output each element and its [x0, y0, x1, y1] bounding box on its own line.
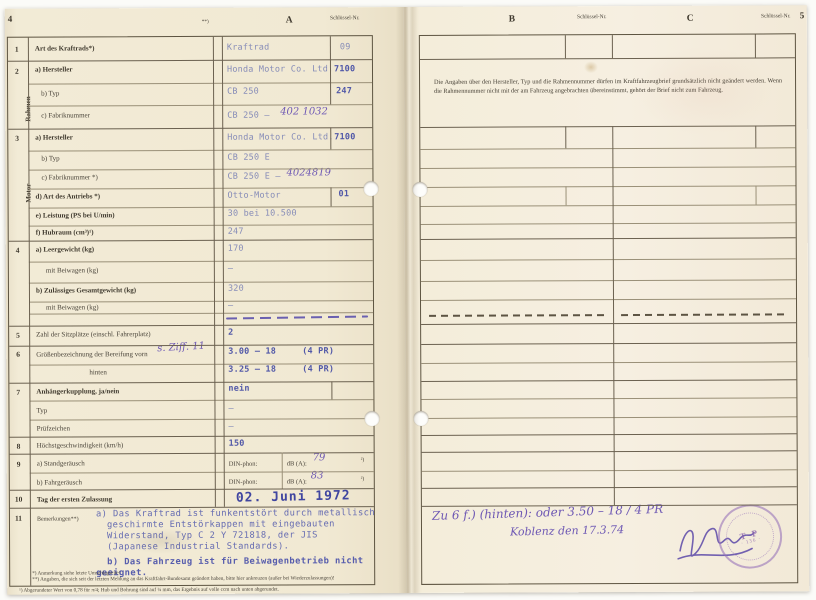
- field-label-pruefzeichen: Prüfzeichen: [37, 424, 70, 432]
- value-kupplung-typ: –: [228, 404, 233, 414]
- grid-line: [420, 125, 795, 128]
- field-label-bereifung-hinten: hinten: [89, 368, 107, 376]
- value-hoechstgeschwindigkeit: 150: [229, 439, 245, 449]
- grid-line: [29, 206, 373, 209]
- grid-line: [420, 147, 795, 150]
- field-label-hersteller: a) Hersteller: [35, 65, 73, 73]
- field-label-motor-typ: b) Typ: [41, 155, 59, 163]
- grid-line: [421, 322, 796, 325]
- left-form-table: 1 Art des Kraftrads*) Kraftrad 09 2 Rahm…: [7, 35, 375, 587]
- grid-line: [9, 239, 373, 242]
- value-rahmen-hersteller: Honda Motor Co. Ltd.: [227, 64, 333, 74]
- value-mit-beiwagen-1: –: [228, 264, 233, 274]
- field-label-bereifung-vorn: Größenbezeichnung der Bereifung vorn: [36, 350, 147, 358]
- grid-line: [612, 35, 613, 58]
- value-sitzplaetze: 2: [228, 328, 233, 338]
- grid-line: [29, 281, 373, 284]
- field-label-leergewicht: a) Leergewicht (kg): [36, 245, 94, 253]
- remarks-line-a4: (Japanese Industrial Standards).: [107, 542, 289, 553]
- grid-line: [755, 34, 756, 57]
- field-label-sitzplaetze: Zahl der Sitzplätze (einschl. Fahrerplat…: [36, 330, 151, 338]
- grid-line: [330, 36, 331, 104]
- page-number-right: 5: [800, 10, 805, 20]
- field-label-mit-beiwagen-2: mit Beiwagen (kg): [46, 303, 99, 311]
- grid-line: [421, 298, 796, 301]
- row-number: 5: [16, 331, 20, 340]
- remarks-line-b1: b) Das Fahrzeug ist für Beiwagenbetrieb …: [107, 556, 363, 567]
- grid-line: [421, 204, 796, 207]
- stamp-text-line2: · 136 ·: [741, 536, 762, 546]
- grid-line: [28, 82, 372, 85]
- grid-line: [8, 59, 372, 62]
- grid-line: [422, 469, 797, 472]
- value-bereifung-hinten-pr: (4 PR): [302, 364, 334, 374]
- row-number: 6: [16, 350, 20, 359]
- scanned-vehicle-title-document: { "page_left": { "page_number": "4", "he…: [0, 0, 816, 600]
- header-schluessel-a: Schlüssel-Nr.: [325, 15, 365, 21]
- value-pruefzeichen: –: [229, 422, 234, 432]
- value-motor-typ: CB 250 E: [227, 153, 270, 163]
- row-number: 11: [15, 514, 22, 523]
- field-label-art-des-kraftrads: Art des Kraftrads*): [35, 44, 95, 52]
- value-bereifung-vorn: 3.00 – 18: [228, 347, 276, 357]
- grid-line: [420, 166, 795, 169]
- field-label-fahrgeraeusch: b) Fahrgeräusch: [37, 478, 82, 486]
- field-label-fabriknummer: c) Fabriknummer: [41, 111, 90, 119]
- header-schluessel-b: Schlüssel-Nr.: [572, 14, 612, 20]
- row-number: 9: [17, 460, 21, 469]
- row-number: 2: [15, 67, 19, 76]
- grid-line: [421, 379, 796, 382]
- field-label-standgeraeusch: a) Standgeräusch: [37, 459, 85, 467]
- label-din-phon-b: DIN-phon:: [229, 479, 258, 486]
- value-mit-beiwagen-2: –: [228, 301, 233, 311]
- field-label-leistung: e) Leistung (PS bei U/min): [36, 211, 115, 219]
- punch-hole: [364, 411, 379, 426]
- header-doublestar-mark: **): [202, 19, 216, 25]
- row-number: 3: [15, 134, 19, 143]
- handwritten-amendment-line2: Koblenz den 17.3.74: [510, 523, 624, 538]
- key-rahmen-typ: 247: [336, 86, 352, 96]
- grid-line: [421, 237, 796, 240]
- value-bereifung-vorn-pr: (4 PR): [302, 346, 334, 356]
- key-antrieb: 01: [339, 189, 350, 199]
- label-din-phon-a: DIN-phon:: [229, 461, 258, 468]
- field-label-erste-zulassung: Tag der ersten Zulassung: [37, 495, 112, 503]
- remarks-line-a3: Widerstand, Typ C 2 Y 721818, der JIS: [107, 530, 318, 541]
- footnote-rounding: ¹) Abgerundeter Wert von 0,78 für π/4; H…: [19, 586, 399, 594]
- punch-hole: [412, 182, 427, 197]
- grid-line: [29, 187, 373, 190]
- grid-line: [566, 186, 567, 205]
- grid-line: [429, 314, 605, 317]
- grid-line: [421, 258, 796, 261]
- value-rahmen-typ: CB 250: [227, 87, 259, 97]
- value-hubraum: 247: [228, 227, 244, 237]
- grid-line: [8, 127, 372, 130]
- row-number: 8: [17, 442, 21, 451]
- notice-text: Die Angaben über den Hersteller, Typ und…: [434, 77, 782, 96]
- footnote-doublestar: **) Angaben, die sich seit der letzten M…: [32, 575, 368, 582]
- grid-line: [29, 399, 373, 402]
- stamp-first-registration-date: 02. Juni 1972: [236, 488, 351, 505]
- value-rahmen-fabriknummer-typed: CB 250 –: [227, 111, 270, 121]
- value-motor-hersteller: Honda Motor Co. Ltd.: [227, 132, 333, 142]
- field-label-motor-hersteller: a) Hersteller: [35, 133, 73, 141]
- grid-line: [422, 450, 797, 453]
- grid-line: [421, 342, 796, 345]
- label-db-a-2: dB (A):: [287, 478, 307, 485]
- header-column-b: B: [509, 15, 516, 25]
- footnote-sup-a: ²): [361, 457, 365, 463]
- row-number: 10: [15, 495, 23, 504]
- grid-line: [9, 381, 373, 384]
- grid-line: [421, 397, 796, 400]
- right-form-table: Die Angaben über den Hersteller, Typ und…: [419, 33, 798, 585]
- grid-line: [30, 418, 374, 421]
- key-motor-hersteller: 7100: [334, 132, 355, 142]
- value-bereifung-hinten: 3.25 – 18: [228, 365, 276, 375]
- value-leergewicht: 170: [228, 244, 244, 254]
- page-left: 4 **) A Schlüssel-Nr. 1 Art des Kraftrad…: [5, 7, 407, 595]
- grid-line: [330, 127, 331, 149]
- grid-line: [565, 126, 566, 148]
- header-column-c: C: [687, 14, 695, 24]
- field-label-bemerkungen: Bemerkungen**): [37, 516, 79, 522]
- grid-line: [282, 453, 283, 489]
- row-number: 1: [15, 45, 19, 54]
- document-scan: 4 **) A Schlüssel-Nr. 1 Art des Kraftrad…: [5, 5, 810, 594]
- grid-line: [29, 300, 373, 303]
- grid-line: [621, 313, 788, 316]
- grid-line: [331, 187, 332, 206]
- value-motor-fabriknummer-typed: CB 250 E –: [227, 172, 280, 182]
- grid-line: [421, 361, 796, 364]
- field-label-hubraum: f) Hubraum (cm³)¹): [36, 228, 94, 236]
- field-label-gesamtgewicht: b) Zulässiges Gesamtgewicht (kg): [36, 286, 136, 294]
- grid-line: [755, 125, 756, 147]
- field-label-kupplung-typ: Typ: [36, 407, 47, 415]
- grid-line: [565, 35, 566, 58]
- grid-line: [756, 185, 757, 204]
- value-kraftrad: Kraftrad: [227, 43, 270, 53]
- remarks-line-a1: a) Das Kraftrad ist funkentstört durch m…: [96, 508, 375, 519]
- grid-line: [331, 381, 332, 399]
- handwritten-dash-line: [226, 315, 368, 319]
- grid-line: [421, 222, 796, 225]
- field-label-typ: b) Typ: [41, 90, 59, 98]
- grid-line: [29, 224, 373, 227]
- field-label-motor-fabriknummer: c) Fabriknummer *): [41, 173, 97, 181]
- grid-line: [28, 149, 372, 152]
- grid-line: [421, 185, 796, 188]
- grid-line: [421, 279, 796, 282]
- value-antrieb: Otto-Motor: [228, 191, 281, 201]
- value-standgeraeusch: 79: [313, 452, 326, 463]
- key-rahmen-hersteller: 7100: [334, 64, 355, 74]
- grid-line: [9, 324, 373, 327]
- page-right: B Schlüssel-Nr. C Schlüssel-Nr. 5 Die An…: [404, 5, 810, 593]
- footnote-sup-b: ²): [361, 476, 365, 482]
- row-number: 4: [16, 246, 20, 255]
- field-label-mit-beiwagen-1: mit Beiwagen (kg): [46, 266, 99, 274]
- page-number-left: 4: [8, 14, 13, 24]
- value-gesamtgewicht: 320: [228, 284, 244, 294]
- key-kraftrad: 09: [340, 42, 351, 52]
- field-label-art-des-antriebs: d) Art des Antriebs *): [36, 192, 101, 200]
- header-column-a: A: [286, 15, 294, 25]
- handwritten-siehe-ziffer-note: s. Ziff. 11: [157, 341, 205, 355]
- row-number: 7: [16, 388, 20, 397]
- grid-line: [422, 486, 797, 489]
- header-schluessel-c: Schlüssel-Nr.: [756, 13, 796, 19]
- grid-line: [422, 416, 797, 419]
- value-anhaengerkupplung: nein: [228, 384, 249, 394]
- grid-line: [612, 126, 615, 505]
- remarks-line-a2: geschirmte Entstörkappen mit eingebauten: [107, 519, 335, 530]
- label-db-a-1: dB (A):: [287, 460, 307, 467]
- grid-line: [29, 260, 373, 263]
- stamp-text-line1: T P: [739, 527, 760, 542]
- punch-hole: [413, 411, 428, 426]
- grid-line: [10, 435, 374, 438]
- value-rahmen-fabriknummer-hand: 402 1032: [280, 106, 328, 117]
- field-label-hoechstgeschwindigkeit: Höchstgeschwindigkeit (km/h): [37, 441, 124, 449]
- grid-line: [420, 57, 795, 60]
- punch-hole: [363, 181, 378, 196]
- grid-line: [422, 433, 797, 436]
- value-leistung: 30 bei 10.500: [228, 208, 297, 218]
- grid-line: [29, 312, 373, 315]
- field-label-anhaengerkupplung: Anhängerkupplung, ja/nein: [36, 387, 119, 395]
